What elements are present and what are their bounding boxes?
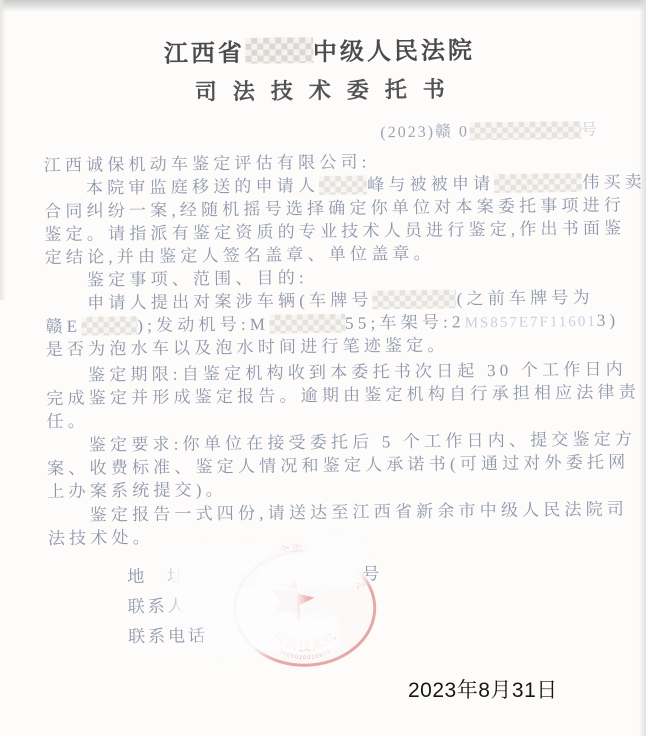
redaction-court-city [245, 37, 313, 64]
redaction-contact-person-value [179, 587, 297, 618]
court-name-heading: 江西省中级人民法院 [0, 28, 643, 70]
redaction-old-plate [81, 316, 137, 336]
case-number-suffix: 号 [581, 122, 599, 139]
scan-edge-shadow-top [0, 0, 646, 12]
case-number-prefix: (2023)赣 0 [380, 123, 469, 141]
scan-edge-shadow-right [639, 0, 646, 736]
redaction-engine-number [269, 314, 345, 334]
contact-phone-label: 联系电话: [128, 621, 216, 647]
court-name-prefix: 江西省 [164, 40, 245, 68]
address-suffix: 号 [362, 559, 379, 584]
document-scan: 江西省中级人民法院 司法技术委托书 (2023)赣 0号 江西诚保机动车鉴定评估… [0, 0, 646, 736]
redaction-contact-phone-value [208, 619, 334, 650]
scan-edge-shadow-left [0, 0, 6, 300]
scanned-content: 江西省中级人民法院 司法技术委托书 (2023)赣 0号 江西诚保机动车鉴定评估… [0, 0, 646, 736]
court-name-suffix: 中级人民法院 [313, 37, 475, 66]
redaction-respondent-name [494, 173, 582, 193]
redaction-case-number [469, 121, 581, 140]
redaction-address-value-2 [307, 543, 359, 566]
redaction-plate-number [373, 289, 457, 309]
case-number: (2023)赣 0号 [380, 117, 599, 142]
redaction-applicant-name [319, 175, 367, 195]
document-title: 司法技术委托书 [0, 70, 643, 108]
document-date: 2023年8月31日 [408, 674, 558, 704]
